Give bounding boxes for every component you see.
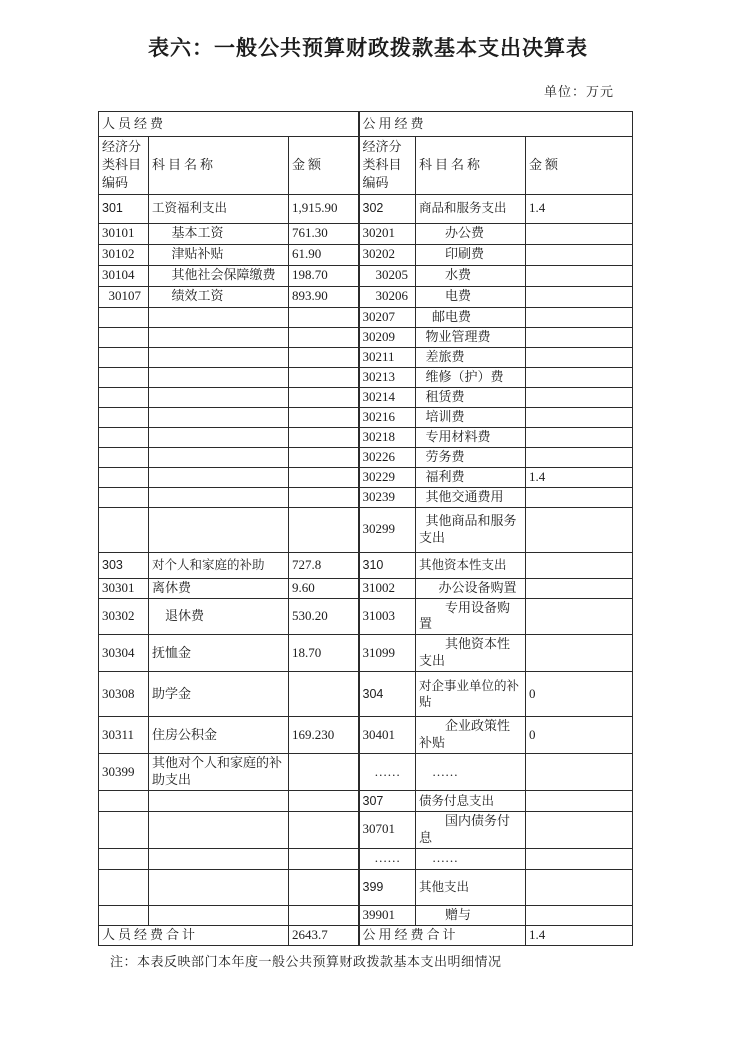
subject-name-cell: 劳务费 <box>416 447 526 467</box>
code-cell <box>99 848 149 869</box>
column-header-row: 经济分类科目编码 科目名称 金额 经济分类科目编码 科目名称 金额 <box>99 137 633 195</box>
subject-name-cell: 债务付息支出 <box>416 790 526 811</box>
col-header-name-right: 科目名称 <box>416 137 526 195</box>
subject-name-cell: …… <box>416 848 526 869</box>
amount-cell: 198.70 <box>289 265 359 286</box>
subject-name-cell <box>149 848 289 869</box>
table-row: 30209物业管理费 <box>99 327 633 347</box>
subject-name-cell: 企业政策性补贴 <box>416 717 526 754</box>
subject-name-cell <box>149 307 289 327</box>
subject-name-cell: 其他资本性支出 <box>416 552 526 578</box>
table-row: 30239其他交通费用 <box>99 487 633 507</box>
table-row: 301工资福利支出1,915.90302商品和服务支出1.4 <box>99 194 633 223</box>
code-cell: 30107 <box>99 286 149 307</box>
budget-table: 人员经费 公用经费 经济分类科目编码 科目名称 金额 经济分类科目编码 科目名称… <box>98 111 633 946</box>
amount-cell <box>526 869 633 905</box>
table-row: 307债务付息支出 <box>99 790 633 811</box>
subject-name-cell: 维修（护）费 <box>416 367 526 387</box>
personnel-total-value: 2643.7 <box>289 925 359 945</box>
subject-name-cell <box>149 467 289 487</box>
table-row: 30107绩效工资893.9030206电费 <box>99 286 633 307</box>
table-row: 30299其他商品和服务支出 <box>99 507 633 552</box>
amount-cell <box>526 811 633 848</box>
col-header-amount-right: 金额 <box>526 137 633 195</box>
subject-name-cell: 绩效工资 <box>149 286 289 307</box>
table-row: 30399其他对个人和家庭的补助支出………… <box>99 754 633 791</box>
code-cell <box>99 407 149 427</box>
totals-row: 人员经费合计 2643.7 公用经费合计 1.4 <box>99 925 633 945</box>
code-cell: 31002 <box>359 578 416 598</box>
code-cell: 304 <box>359 672 416 717</box>
amount-cell <box>289 790 359 811</box>
subject-name-cell: 住房公积金 <box>149 717 289 754</box>
subject-name-cell: 水费 <box>416 265 526 286</box>
amount-cell <box>289 327 359 347</box>
code-cell: 30214 <box>359 387 416 407</box>
subject-name-cell: 抚恤金 <box>149 635 289 672</box>
table-row: 30216培训费 <box>99 407 633 427</box>
table-row: 30211差旅费 <box>99 347 633 367</box>
amount-cell <box>526 507 633 552</box>
table-row: 30229福利费1.4 <box>99 467 633 487</box>
amount-cell <box>289 367 359 387</box>
subject-name-cell: 办公设备购置 <box>416 578 526 598</box>
group-header-public: 公用经费 <box>359 112 633 137</box>
amount-cell: 1.4 <box>526 467 633 487</box>
code-cell: 30202 <box>359 244 416 265</box>
subject-name-cell: 电费 <box>416 286 526 307</box>
code-cell: 30226 <box>359 447 416 467</box>
code-cell <box>99 869 149 905</box>
amount-cell <box>526 407 633 427</box>
table-row: 30207邮电费 <box>99 307 633 327</box>
subject-name-cell: 助学金 <box>149 672 289 717</box>
amount-cell <box>526 367 633 387</box>
code-cell: 30206 <box>359 286 416 307</box>
subject-name-cell: 其他社会保障缴费 <box>149 265 289 286</box>
subject-name-cell: 国内债务付息 <box>416 811 526 848</box>
code-cell: 30216 <box>359 407 416 427</box>
amount-cell: 0 <box>526 717 633 754</box>
col-header-code-right: 经济分类科目编码 <box>359 137 416 195</box>
code-cell: 303 <box>99 552 149 578</box>
amount-cell: 18.70 <box>289 635 359 672</box>
subject-name-cell <box>149 387 289 407</box>
subject-name-cell: 工资福利支出 <box>149 194 289 223</box>
subject-name-cell: 退休费 <box>149 598 289 635</box>
public-total-value: 1.4 <box>526 925 633 945</box>
code-cell <box>99 427 149 447</box>
subject-name-cell <box>149 447 289 467</box>
code-cell: 30239 <box>359 487 416 507</box>
amount-cell <box>526 635 633 672</box>
subject-name-cell: 其他交通费用 <box>416 487 526 507</box>
code-cell <box>99 467 149 487</box>
subject-name-cell: 对个人和家庭的补助 <box>149 552 289 578</box>
code-cell: 30311 <box>99 717 149 754</box>
amount-cell <box>526 447 633 467</box>
code-cell <box>99 367 149 387</box>
code-cell: 30211 <box>359 347 416 367</box>
amount-cell <box>526 347 633 367</box>
subject-name-cell: 津贴补贴 <box>149 244 289 265</box>
amount-cell: 9.60 <box>289 578 359 598</box>
table-row: 39901赠与 <box>99 905 633 925</box>
code-cell: 302 <box>359 194 416 223</box>
table-row: 30101基本工资761.3030201办公费 <box>99 223 633 244</box>
code-cell: 307 <box>359 790 416 811</box>
code-cell: 39901 <box>359 905 416 925</box>
subject-name-cell: 基本工资 <box>149 223 289 244</box>
subject-name-cell: 其他资本性支出 <box>416 635 526 672</box>
amount-cell <box>526 307 633 327</box>
amount-cell: 169.230 <box>289 717 359 754</box>
subject-name-cell <box>149 407 289 427</box>
code-cell: 30101 <box>99 223 149 244</box>
table-row: 30226劳务费 <box>99 447 633 467</box>
amount-cell <box>526 387 633 407</box>
code-cell: 30209 <box>359 327 416 347</box>
code-cell <box>99 347 149 367</box>
footnote: 注：本表反映部门本年度一般公共预算财政拨款基本支出明细情况 <box>110 951 736 970</box>
amount-cell <box>289 307 359 327</box>
group-header-row: 人员经费 公用经费 <box>99 112 633 137</box>
amount-cell <box>526 754 633 791</box>
subject-name-cell <box>149 327 289 347</box>
code-cell: 30399 <box>99 754 149 791</box>
subject-name-cell: …… <box>416 754 526 791</box>
code-cell: 30304 <box>99 635 149 672</box>
amount-cell <box>289 387 359 407</box>
amount-cell <box>526 905 633 925</box>
code-cell: 31099 <box>359 635 416 672</box>
code-cell: 30229 <box>359 467 416 487</box>
code-cell: 301 <box>99 194 149 223</box>
subject-name-cell: 培训费 <box>416 407 526 427</box>
subject-name-cell: 差旅费 <box>416 347 526 367</box>
subject-name-cell <box>149 905 289 925</box>
subject-name-cell: 物业管理费 <box>416 327 526 347</box>
subject-name-cell <box>149 507 289 552</box>
subject-name-cell: 福利费 <box>416 467 526 487</box>
amount-cell <box>289 507 359 552</box>
code-cell: 30201 <box>359 223 416 244</box>
code-cell: 30302 <box>99 598 149 635</box>
table-row: 30218专用材料费 <box>99 427 633 447</box>
subject-name-cell <box>149 347 289 367</box>
subject-name-cell: 专用设备购置 <box>416 598 526 635</box>
subject-name-cell <box>149 811 289 848</box>
col-header-code-left: 经济分类科目编码 <box>99 137 149 195</box>
code-cell: 31003 <box>359 598 416 635</box>
amount-cell <box>289 427 359 447</box>
code-cell <box>99 487 149 507</box>
subject-name-cell <box>149 869 289 905</box>
code-cell <box>99 387 149 407</box>
code-cell: 30308 <box>99 672 149 717</box>
subject-name-cell: 对企事业单位的补贴 <box>416 672 526 717</box>
code-cell <box>99 307 149 327</box>
table-row: 30302退休费530.2031003专用设备购置 <box>99 598 633 635</box>
subject-name-cell <box>149 487 289 507</box>
unit-label: 单位：万元 <box>98 81 632 100</box>
code-cell: 30299 <box>359 507 416 552</box>
table-row: 30301离休费9.6031002办公设备购置 <box>99 578 633 598</box>
code-cell: 30301 <box>99 578 149 598</box>
amount-cell <box>526 286 633 307</box>
amount-cell: 761.30 <box>289 223 359 244</box>
amount-cell <box>289 347 359 367</box>
amount-cell <box>526 552 633 578</box>
amount-cell: 1.4 <box>526 194 633 223</box>
amount-cell <box>526 487 633 507</box>
subject-name-cell: 其他商品和服务支出 <box>416 507 526 552</box>
amount-cell <box>289 754 359 791</box>
code-cell <box>99 447 149 467</box>
code-cell: 30213 <box>359 367 416 387</box>
amount-cell: 893.90 <box>289 286 359 307</box>
code-cell: …… <box>359 754 416 791</box>
code-cell: 30701 <box>359 811 416 848</box>
table-row: 30701国内债务付息 <box>99 811 633 848</box>
code-cell <box>99 507 149 552</box>
amount-cell <box>526 327 633 347</box>
code-cell: 30102 <box>99 244 149 265</box>
code-cell: 30207 <box>359 307 416 327</box>
code-cell <box>99 811 149 848</box>
amount-cell <box>289 848 359 869</box>
table-row: 399其他支出 <box>99 869 633 905</box>
amount-cell: 727.8 <box>289 552 359 578</box>
table-row: 303对个人和家庭的补助727.8310其他资本性支出 <box>99 552 633 578</box>
amount-cell <box>526 223 633 244</box>
code-cell: …… <box>359 848 416 869</box>
amount-cell <box>526 578 633 598</box>
page-title: 表六：一般公共预算财政拨款基本支出决算表 <box>0 0 736 62</box>
subject-name-cell: 离休费 <box>149 578 289 598</box>
amount-cell <box>289 467 359 487</box>
subject-name-cell: 商品和服务支出 <box>416 194 526 223</box>
subject-name-cell: 其他对个人和家庭的补助支出 <box>149 754 289 791</box>
table-row: 30311住房公积金169.23030401企业政策性补贴0 <box>99 717 633 754</box>
amount-cell <box>526 265 633 286</box>
amount-cell: 530.20 <box>289 598 359 635</box>
code-cell: 30205 <box>359 265 416 286</box>
code-cell <box>99 905 149 925</box>
subject-name-cell: 租赁费 <box>416 387 526 407</box>
table-row: 30104其他社会保障缴费198.7030205水费 <box>99 265 633 286</box>
subject-name-cell: 其他支出 <box>416 869 526 905</box>
amount-cell: 61.90 <box>289 244 359 265</box>
amount-cell <box>289 869 359 905</box>
code-cell: 30218 <box>359 427 416 447</box>
table-row: 30102津贴补贴61.9030202印刷费 <box>99 244 633 265</box>
table-row: 30308助学金304对企事业单位的补贴0 <box>99 672 633 717</box>
table-row: 30304抚恤金18.7031099其他资本性支出 <box>99 635 633 672</box>
subject-name-cell <box>149 367 289 387</box>
amount-cell <box>526 848 633 869</box>
subject-name-cell <box>149 790 289 811</box>
table-row: 30213维修（护）费 <box>99 367 633 387</box>
amount-cell <box>526 598 633 635</box>
subject-name-cell: 专用材料费 <box>416 427 526 447</box>
personnel-total-label: 人员经费合计 <box>99 925 289 945</box>
code-cell: 30104 <box>99 265 149 286</box>
amount-cell <box>289 811 359 848</box>
amount-cell <box>289 447 359 467</box>
amount-cell <box>289 905 359 925</box>
code-cell: 30401 <box>359 717 416 754</box>
subject-name-cell: 办公费 <box>416 223 526 244</box>
amount-cell <box>526 790 633 811</box>
subject-name-cell: 赠与 <box>416 905 526 925</box>
code-cell <box>99 790 149 811</box>
amount-cell <box>289 407 359 427</box>
amount-cell <box>289 672 359 717</box>
document-page: 表六：一般公共预算财政拨款基本支出决算表 单位：万元 人员经费 公用经费 经济分… <box>0 0 736 1041</box>
public-total-label: 公用经费合计 <box>359 925 526 945</box>
subject-name-cell <box>149 427 289 447</box>
amount-cell <box>526 244 633 265</box>
amount-cell: 1,915.90 <box>289 194 359 223</box>
col-header-amount-left: 金额 <box>289 137 359 195</box>
col-header-name-left: 科目名称 <box>149 137 289 195</box>
code-cell: 310 <box>359 552 416 578</box>
table-row: 30214租赁费 <box>99 387 633 407</box>
group-header-personnel: 人员经费 <box>99 112 359 137</box>
amount-cell: 0 <box>526 672 633 717</box>
code-cell <box>99 327 149 347</box>
amount-cell <box>526 427 633 447</box>
table-row: ………… <box>99 848 633 869</box>
code-cell: 399 <box>359 869 416 905</box>
amount-cell <box>289 487 359 507</box>
subject-name-cell: 印刷费 <box>416 244 526 265</box>
subject-name-cell: 邮电费 <box>416 307 526 327</box>
